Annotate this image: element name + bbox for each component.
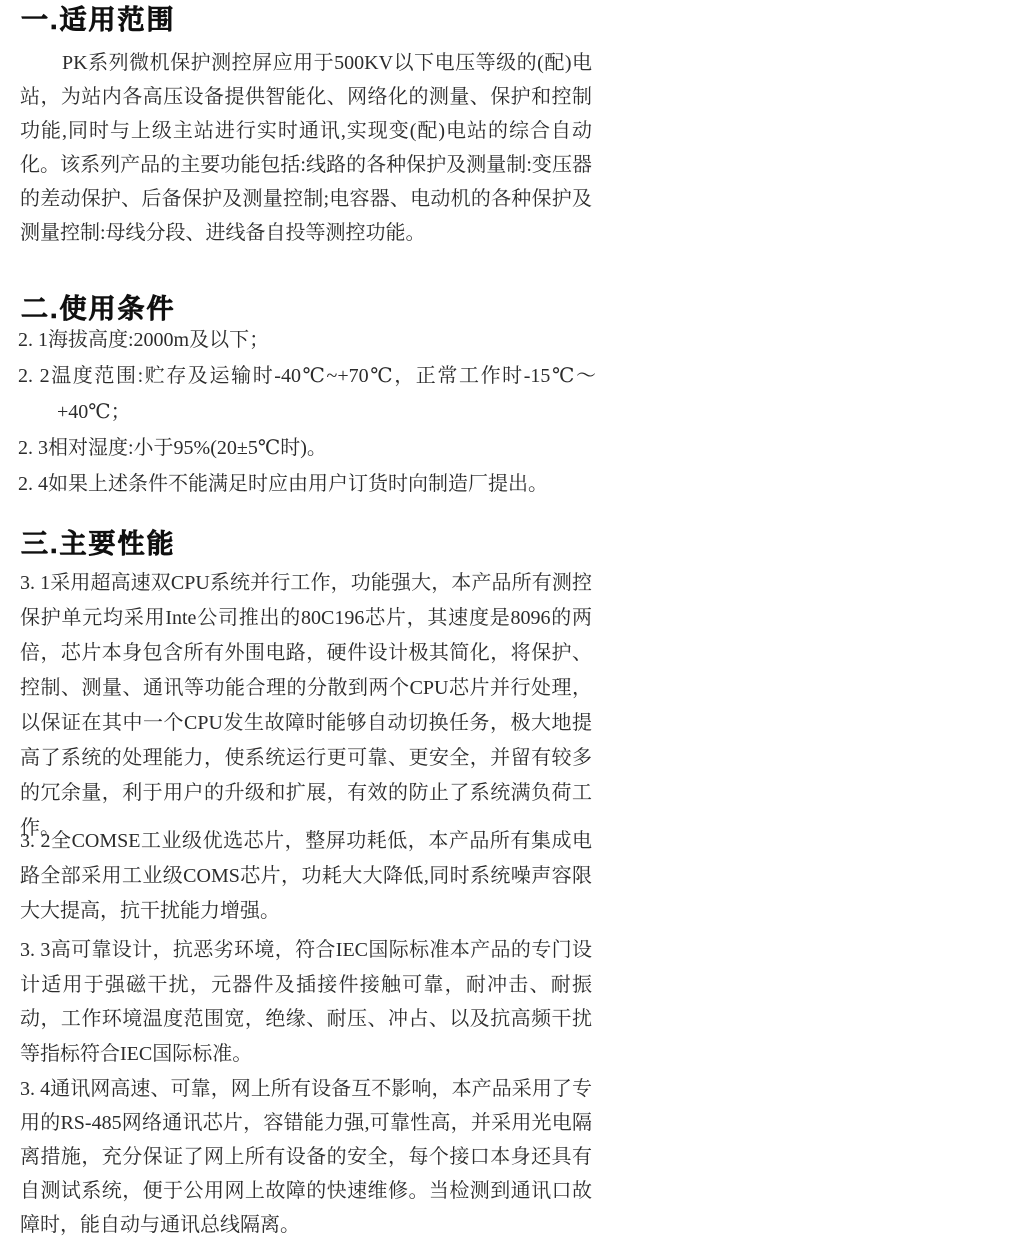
- paragraph-performance-chips: 3. 2全COMSE工业级优选芯片，整屏功耗低，本产品所有集成电路全部采用工业级…: [20, 824, 592, 929]
- paragraph-performance-cpu: 3. 1采用超高速双CPU系统并行工作，功能强大，本产品所有测控保护单元均采用I…: [20, 566, 592, 846]
- section-heading-conditions: 二.使用条件: [21, 294, 176, 325]
- condition-item-temperature: 2. 2温度范围:贮存及运输时-40℃~+70℃，正常工作时-15℃～+40℃；: [18, 358, 596, 430]
- section-heading-scope: 一.适用范围: [21, 5, 176, 36]
- condition-item-altitude: 2. 1海拔高度:2000m及以下；: [18, 322, 596, 358]
- condition-item-special-order: 2. 4如果上述条件不能满足时应由用户订货时向制造厂提出。: [18, 466, 596, 502]
- paragraph-scope: PK系列微机保护测控屏应用于500KV以下电压等级的(配)电站，为站内各高压设备…: [20, 46, 592, 250]
- section-heading-performance: 三.主要性能: [21, 529, 176, 560]
- conditions-list: 2. 1海拔高度:2000m及以下； 2. 2温度范围:贮存及运输时-40℃~+…: [18, 322, 596, 502]
- paragraph-performance-network: 3. 4通讯网高速、可靠，网上所有设备互不影响，本产品采用了专用的RS-485网…: [20, 1072, 592, 1239]
- paragraph-performance-reliability: 3. 3高可靠设计，抗恶劣环境，符合IEC国际标准本产品的专门设计适用于强磁干扰…: [20, 933, 592, 1071]
- document-page: 一.适用范围 PK系列微机保护测控屏应用于500KV以下电压等级的(配)电站，为…: [0, 0, 1015, 1239]
- condition-item-humidity: 2. 3相对湿度:小于95%(20±5℃时)。: [18, 430, 596, 466]
